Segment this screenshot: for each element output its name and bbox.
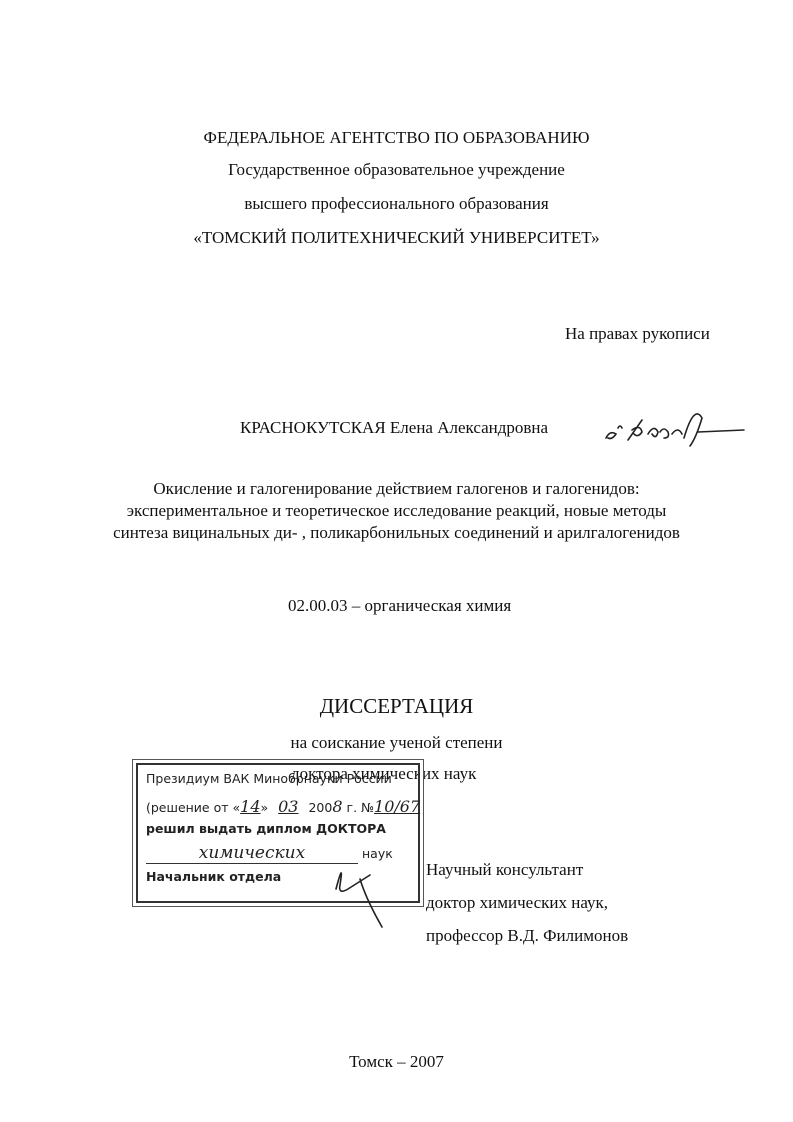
degree-line-1: на соискание ученой степени [0, 733, 793, 753]
vak-approval-stamp: Президиум ВАК Минобрнауки России (решени… [136, 763, 420, 903]
manuscript-note: На правах рукописи [565, 324, 710, 344]
advisor-name: профессор В.Д. Филимонов [426, 926, 628, 946]
advisor-degree: доктор химических наук, [426, 893, 608, 913]
institution-type: Государственное образовательное учрежден… [0, 160, 793, 180]
stamp-number: 10/67 [374, 797, 420, 816]
institution-level: высшего профессионального образования [0, 194, 793, 214]
thesis-title-line-3: синтеза вицинальных ди- , поликарбонильн… [0, 523, 793, 543]
stamp-year: 8 [332, 797, 342, 816]
stamp-line-2: (решение от «14» 03 2008 г. №10/67 [146, 797, 420, 816]
document-type: ДИССЕРТАЦИЯ [0, 694, 793, 719]
footer-city-year: Томск – 2007 [0, 1052, 793, 1072]
stamp-day: 14 [240, 797, 260, 816]
author-name: КРАСНОКУТСКАЯ Елена Александровна [240, 418, 548, 438]
university-name: «ТОМСКИЙ ПОЛИТЕХНИЧЕСКИЙ УНИВЕРСИТЕТ» [0, 228, 793, 248]
stamp-line-1: Президиум ВАК Минобрнауки России [146, 771, 392, 786]
stamp-signature-icon [326, 849, 396, 929]
stamp-line-5: Начальник отдела [146, 869, 281, 884]
stamp-line-3: решил выдать диплом ДОКТОРА [146, 821, 386, 836]
agency-title: ФЕДЕРАЛЬНОЕ АГЕНТСТВО ПО ОБРАЗОВАНИЮ [0, 128, 793, 148]
thesis-title-line-2: экспериментальное и теоретическое исслед… [0, 501, 793, 521]
thesis-title-line-1: Окисление и галогенирование действием га… [0, 479, 793, 499]
signature-icon [598, 408, 748, 448]
specialty: 02.00.03 – органическая химия [288, 596, 511, 616]
stamp-month: 03 [278, 797, 298, 816]
advisor-role: Научный консультант [426, 860, 583, 880]
